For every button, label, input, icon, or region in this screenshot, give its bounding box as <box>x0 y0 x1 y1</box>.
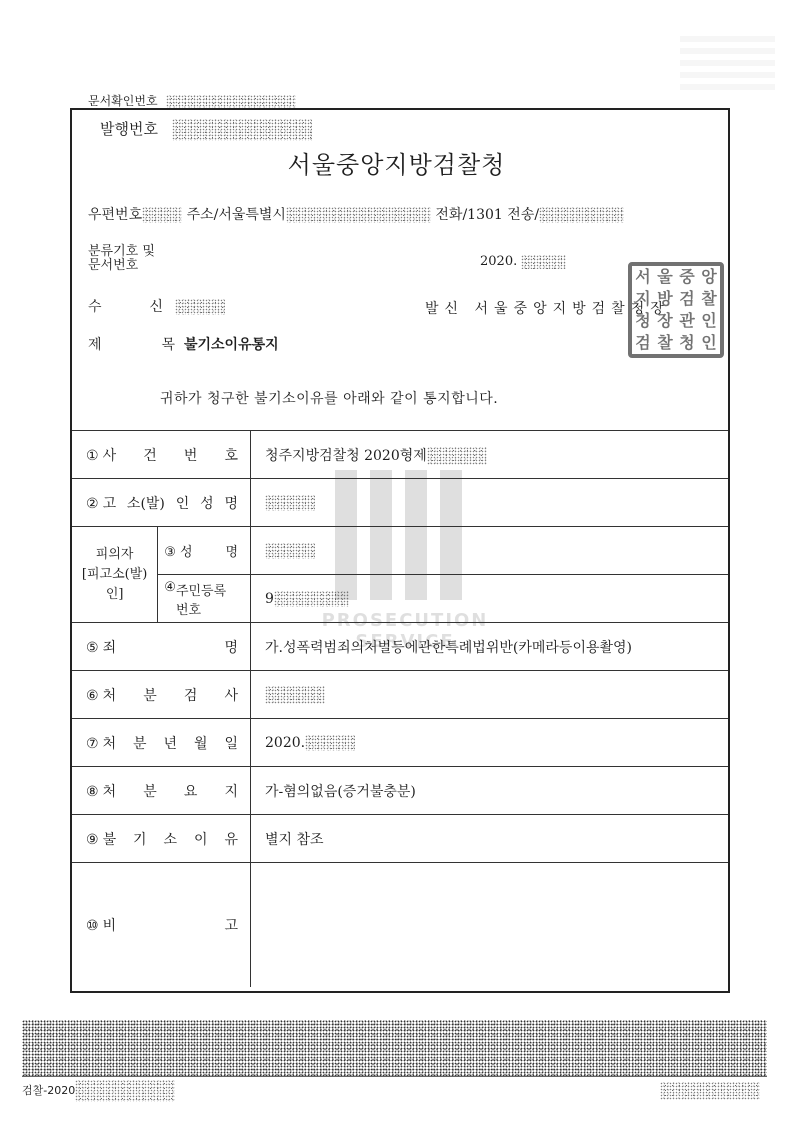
redacted-address <box>286 207 431 223</box>
row-label-char: 처 <box>103 784 117 800</box>
group-sublabel: [피고소(발)인] <box>76 565 153 605</box>
row-label-char: 사 <box>224 685 238 705</box>
address-line: 우편번호 주소/서울특별시 전화/1301 전송/ <box>88 204 624 224</box>
row-label-char: 명 <box>224 637 238 657</box>
table-row: ⑦처분년월일2020. <box>72 719 728 767</box>
redacted-footer-code <box>75 1080 175 1102</box>
seal-char: 울 <box>654 266 676 288</box>
row-value: 가-혐의없음(증거불충분) <box>251 767 729 815</box>
table-row: ⑤죄명가.성폭력범죄의처벌등에관한특례법위반(카메라등이용촬영) <box>72 623 728 671</box>
row-label-char: 불 <box>103 832 117 848</box>
row-label: ⑧처분요지 <box>72 767 251 815</box>
confirm-label: 문서확인번호 <box>88 94 158 108</box>
seal-char: 검 <box>676 288 698 310</box>
redacted-value <box>265 495 315 511</box>
postal-label: 우편번호 <box>88 207 142 223</box>
table-row: ⑥처분검사 <box>72 671 728 719</box>
recipient-label2: 신 <box>150 299 164 315</box>
date-text: 2020. <box>480 254 517 269</box>
row-label-char: 이 <box>194 829 208 849</box>
seal-char: 청 <box>676 332 698 354</box>
row-label-char: 유 <box>224 829 238 849</box>
issue-label: 발행번호 <box>100 120 158 138</box>
row-label-char: 번 <box>184 445 198 465</box>
row-value <box>251 671 729 719</box>
seal-char: 인 <box>698 310 720 332</box>
row-value-text: 청주지방검찰청 2020형제 <box>265 448 427 464</box>
row-label: ⑩비고 <box>72 863 251 988</box>
row-value: 별지 참조 <box>251 815 729 863</box>
redacted-value <box>265 686 325 704</box>
row-label: ①사건번호 <box>72 431 251 479</box>
row-label-char: 명 <box>224 493 238 513</box>
row-value <box>251 479 729 527</box>
recipient-label: 수 <box>88 299 102 315</box>
redacted-footer-right <box>660 1082 760 1100</box>
document-confirm-number: 문서확인번호 <box>88 92 296 109</box>
row-label-char: 고 <box>103 496 117 512</box>
row-label: ③성명 <box>158 527 251 575</box>
redacted-issue-number <box>172 119 312 141</box>
row-label-char: 비 <box>103 918 117 934</box>
seal-char: 검 <box>632 332 654 354</box>
subject-label: 제 <box>88 337 102 353</box>
row-label-char: 성 <box>180 545 193 560</box>
group-label: 피의자 <box>76 545 153 565</box>
row-label-char: 건 <box>143 445 157 465</box>
row-label: ②고소(발)인성명 <box>72 479 251 527</box>
row-number: ⑥ <box>86 688 99 704</box>
redacted-confirm-number <box>166 95 296 109</box>
redacted-date <box>521 255 566 269</box>
redacted-value <box>265 543 315 559</box>
seal-char: 지 <box>632 288 654 310</box>
row-value-text: 별지 참조 <box>265 832 324 848</box>
row-label: ⑥처분검사 <box>72 671 251 719</box>
redacted-value <box>427 447 487 465</box>
table-row: ⑨불기소이유별지 참조 <box>72 815 728 863</box>
row-label-char: 일 <box>224 733 238 753</box>
row-label-char: 호 <box>224 445 238 465</box>
row-number: ① <box>86 448 99 464</box>
official-seal-icon: 서울중앙지방검찰청장관인검찰청인 <box>628 262 724 358</box>
address-label: 주소/서울특별시 <box>187 207 286 223</box>
table-row: 피의자[피고소(발)인]③성명 <box>72 527 728 575</box>
suspect-group-label: 피의자[피고소(발)인] <box>72 527 158 623</box>
table-row: ⑩비고 <box>72 863 728 988</box>
row-label-char: 처 <box>103 688 117 704</box>
row-label-char: 요 <box>184 781 198 801</box>
row-label-char: 소 <box>164 829 178 849</box>
notice-table: ①사건번호청주지방검찰청 2020형제②고소(발)인성명피의자[피고소(발)인]… <box>72 430 728 987</box>
class-label-line1: 분류기호 및 <box>88 245 155 259</box>
footer-code-text: 검찰-2020 <box>22 1084 75 1097</box>
row-label-char: 월 <box>194 733 208 753</box>
row-number: ⑧ <box>86 784 99 800</box>
row-label-char: 검 <box>184 685 198 705</box>
row-value-text: 2020. <box>265 735 305 751</box>
agency-title: 서울중앙지방검찰청 <box>0 145 793 180</box>
row-number: ② <box>86 496 99 512</box>
row-value-text: 가-혐의없음(증거불충분) <box>265 784 416 800</box>
notice-text: 귀하가 청구한 불기소이유를 아래와 같이 통지합니다. <box>160 388 498 408</box>
table-row: ④주민등록번호9 <box>72 575 728 623</box>
row-value-text: 9 <box>265 591 274 607</box>
row-value-text: 가.성폭력범죄의처벌등에관한특례법위반(카메라등이용촬영) <box>265 640 632 656</box>
footer-code: 검찰-2020 <box>22 1080 175 1102</box>
row-label-char: 명 <box>225 541 238 560</box>
row-label-char: 죄 <box>103 640 117 656</box>
row-label-char: 소(발) <box>127 493 165 513</box>
scan-mark <box>680 35 775 90</box>
classification-label: 분류기호 및 문서번호 <box>88 245 155 273</box>
document-date: 2020. <box>480 254 566 269</box>
row-label-char: 처 <box>103 736 117 752</box>
row-label-char: 사 <box>103 448 117 464</box>
subject-text: 불기소이유통지 <box>184 337 279 353</box>
issue-number: 발행번호 <box>100 118 312 141</box>
row-label-char: 성 <box>200 493 214 513</box>
table-row: ②고소(발)인성명 <box>72 479 728 527</box>
seal-char: 방 <box>654 288 676 310</box>
row-label-char: 분 <box>143 685 157 705</box>
row-value <box>251 527 729 575</box>
table-row: ①사건번호청주지방검찰청 2020형제 <box>72 431 728 479</box>
phone-label: 전화/1301 <box>435 207 502 223</box>
row-number: ⑤ <box>86 640 99 656</box>
row-label: ⑤죄명 <box>72 623 251 671</box>
row-label: ④주민등록번호 <box>158 575 251 623</box>
seal-char: 찰 <box>654 332 676 354</box>
seal-char: 청 <box>632 310 654 332</box>
subject: 제목 불기소이유통지 <box>88 334 279 354</box>
row-label: ⑨불기소이유 <box>72 815 251 863</box>
seal-char: 장 <box>654 310 676 332</box>
row-label-char: 고 <box>224 915 238 935</box>
table-row: ⑧처분요지가-혐의없음(증거불충분) <box>72 767 728 815</box>
redacted-recipient <box>175 299 225 315</box>
row-number: ③ <box>164 545 176 560</box>
row-number: ⑨ <box>86 832 99 848</box>
row-number: ④ <box>164 580 176 618</box>
fax-label: 전송/ <box>507 207 539 223</box>
row-value <box>251 863 729 988</box>
row-value: 가.성폭력범죄의처벌등에관한특례법위반(카메라등이용촬영) <box>251 623 729 671</box>
redacted-value <box>274 591 349 607</box>
seal-char: 앙 <box>698 266 720 288</box>
seal-char: 찰 <box>698 288 720 310</box>
seal-char: 서 <box>632 266 654 288</box>
class-label-line2: 문서번호 <box>88 259 155 273</box>
row-value: 청주지방검찰청 2020형제 <box>251 431 729 479</box>
row-value: 2020. <box>251 719 729 767</box>
row-label-char: 인 <box>176 493 190 513</box>
footer-right <box>660 1080 760 1100</box>
row-label-char: 년 <box>164 733 178 753</box>
recipient: 수신 <box>88 296 225 316</box>
row-value: 9 <box>251 575 729 623</box>
row-label-char: 분 <box>143 781 157 801</box>
row-label-text: 주민등록번호 <box>176 580 238 618</box>
seal-char: 관 <box>676 310 698 332</box>
redacted-footer-band <box>22 1020 767 1077</box>
row-label-char: 기 <box>133 829 147 849</box>
seal-char: 중 <box>676 266 698 288</box>
seal-char: 인 <box>698 332 720 354</box>
subject-label2: 목 <box>162 337 176 353</box>
row-label-char: 지 <box>224 781 238 801</box>
row-label: ⑦처분년월일 <box>72 719 251 767</box>
redacted-fax <box>539 207 624 223</box>
row-number: ⑩ <box>86 918 99 934</box>
row-label-char: 분 <box>133 733 147 753</box>
redacted-value <box>305 735 355 751</box>
row-number: ⑦ <box>86 736 99 752</box>
redacted-postal <box>142 207 182 223</box>
